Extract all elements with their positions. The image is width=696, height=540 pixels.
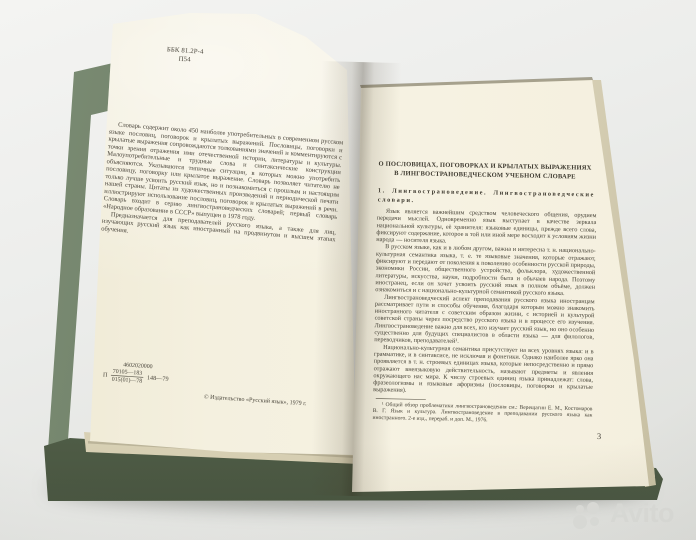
body-paragraph: В русском языке, как и в любом другом, в… — [375, 243, 596, 298]
avito-logo-circle — [587, 502, 599, 514]
avito-logo-circle — [590, 517, 599, 526]
avito-wordmark: Avito — [610, 497, 674, 529]
body-paragraph: Национально-культурная семантика присутс… — [373, 343, 594, 398]
book-photo: ББК 81.2Р-4 П54 Словарь содержит около 4… — [0, 0, 696, 540]
page-number: 3 — [597, 431, 601, 441]
footnote-rule — [376, 398, 426, 400]
avito-logo-circle — [573, 515, 587, 529]
print-index-fraction: 70105—183 015(01)—78 — [111, 368, 144, 385]
body-text-column: Язык является важнейшим средством челове… — [373, 207, 597, 425]
print-index-suffix: 148—79 — [147, 374, 169, 383]
avito-watermark: Avito — [573, 497, 674, 532]
annotation-block: Словарь содержит около 450 наиболее упот… — [101, 120, 344, 251]
print-index-letter: П — [103, 371, 108, 379]
body-paragraph: Язык является важнейшим средством челове… — [376, 207, 596, 247]
fraction-denominator: 015(01)—78 — [111, 375, 144, 384]
avito-logo-icon — [573, 502, 607, 532]
avito-logo-circle — [576, 505, 584, 513]
body-paragraph: Лингвострановедческий аспект преподавани… — [374, 293, 595, 348]
